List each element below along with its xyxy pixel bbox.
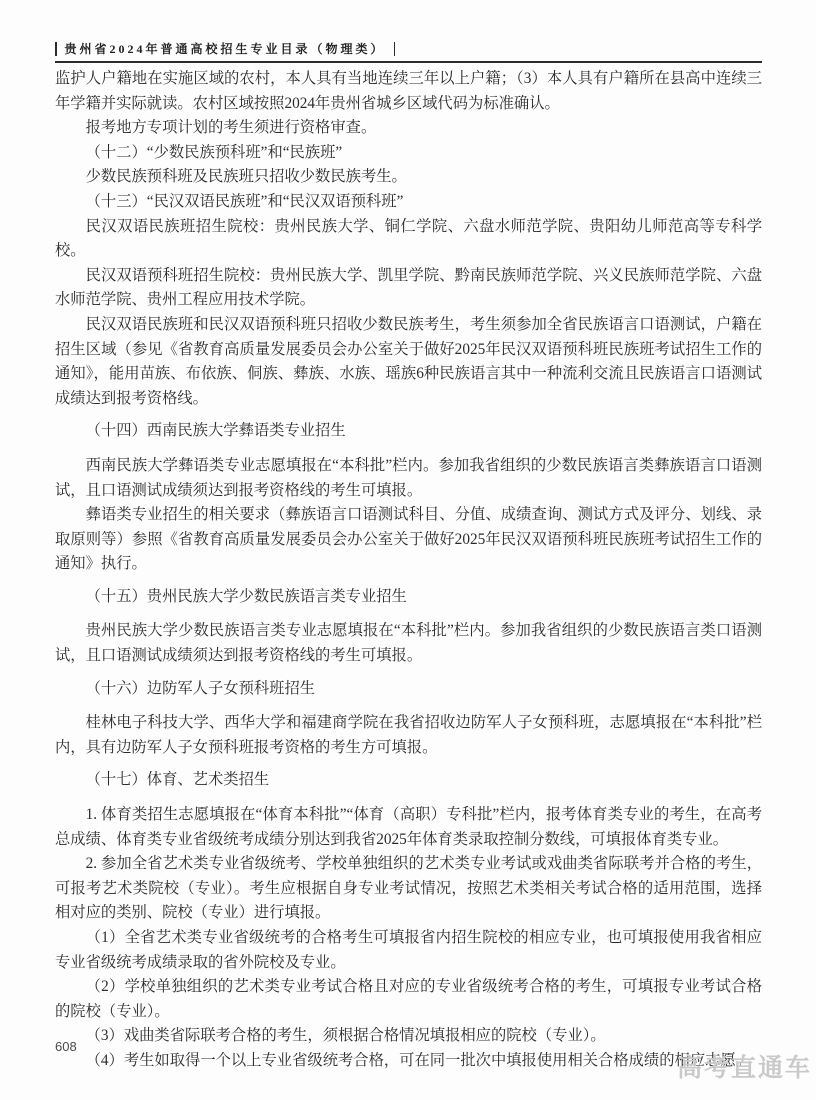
header-right-bar-icon: [394, 42, 396, 56]
paragraph: 贵州民族大学少数民族语言类专业志愿填报在“本科批”栏内。参加我省组织的少数民族语…: [55, 619, 762, 668]
paragraph: （4）考生如取得一个以上专业省级统考合格，可在同一批次中填报使用相关合格成绩的相…: [55, 1049, 762, 1074]
paragraph: 少数民族预科班及民族班只招收少数民族考生。: [55, 165, 762, 190]
page-header: 贵州省2024年普通高校招生专业目录（物理类）: [55, 40, 395, 57]
paragraph: 民汉双语预科班招生院校：贵州民族大学、凯里学院、黔南民族师范学院、兴义民族师范学…: [55, 264, 762, 313]
paragraph: 桂林电子科技大学、西华大学和福建商学院在我省招收边防军人子女预科班，志愿填报在“…: [55, 711, 762, 760]
watermark-logo: 高考直通车: [677, 1048, 812, 1084]
paragraph: （3）戏曲类省际联考合格的考生，须根据合格情况填报相应的院校（专业）。: [55, 1024, 762, 1049]
paragraph: （2）学校单独组织的艺术类专业考试合格且对应的专业省级统考合格的考生，可填报专业…: [55, 975, 762, 1024]
paragraph: 西南民族大学彝语类专业志愿填报在“本科批”栏内。参加我省组织的少数民族语言类彝族…: [55, 454, 762, 503]
paragraph: （1）全省艺术类专业省级统考的合格考生可填报省内招生院校的相应专业，也可填报使用…: [55, 926, 762, 975]
paragraph-continuation: 监护人户籍地在实施区域的农村，本人具有当地连续三年以上户籍；（3）本人具有户籍所…: [55, 67, 762, 116]
header-divider: [55, 61, 762, 63]
header-left-bar-icon: [55, 42, 57, 56]
paragraph: 民汉双语民族班招生院校：贵州民族大学、铜仁学院、六盘水师范学院、贵阳幼儿师范高等…: [55, 215, 762, 264]
header-title: 贵州省2024年普通高校招生专业目录（物理类）: [65, 40, 386, 57]
page-number: 608: [55, 1039, 77, 1054]
paragraph: 民汉双语民族班和民汉双语预科班只招收少数民族考生，考生须参加全省民族语言口语测试…: [55, 313, 762, 411]
document-body: 监护人户籍地在实施区域的农村，本人具有当地连续三年以上户籍；（3）本人具有户籍所…: [55, 67, 762, 1074]
paragraph: 1. 体育类招生志愿填报在“体育本科批”“体育（高职）专科批”栏内，报考体育类专…: [55, 803, 762, 852]
document-page: 贵州省2024年普通高校招生专业目录（物理类） 监护人户籍地在实施区域的农村，本…: [0, 0, 816, 1100]
section-heading-15: （十五）贵州民族大学少数民族语言类专业招生: [55, 585, 762, 610]
paragraph: 2. 参加全省艺术类专业省级统考、学校单独组织的艺术类专业考试或戏曲类省际联考并…: [55, 852, 762, 926]
paragraph: 报考地方专项计划的考生须进行资格审查。: [55, 116, 762, 141]
paragraph: （十三）“民汉双语民族班”和“民汉双语预科班”: [55, 190, 762, 215]
paragraph: （十二）“少数民族预科班”和“民族班”: [55, 141, 762, 166]
section-heading-14: （十四）西南民族大学彝语类专业招生: [55, 419, 762, 444]
paragraph: 彝语类专业招生的相关要求（彝族语言口语测试科目、分值、成绩查询、测试方式及评分、…: [55, 503, 762, 577]
section-heading-16: （十六）边防军人子女预科班招生: [55, 677, 762, 702]
section-heading-17: （十七）体育、艺术类招生: [55, 768, 762, 793]
